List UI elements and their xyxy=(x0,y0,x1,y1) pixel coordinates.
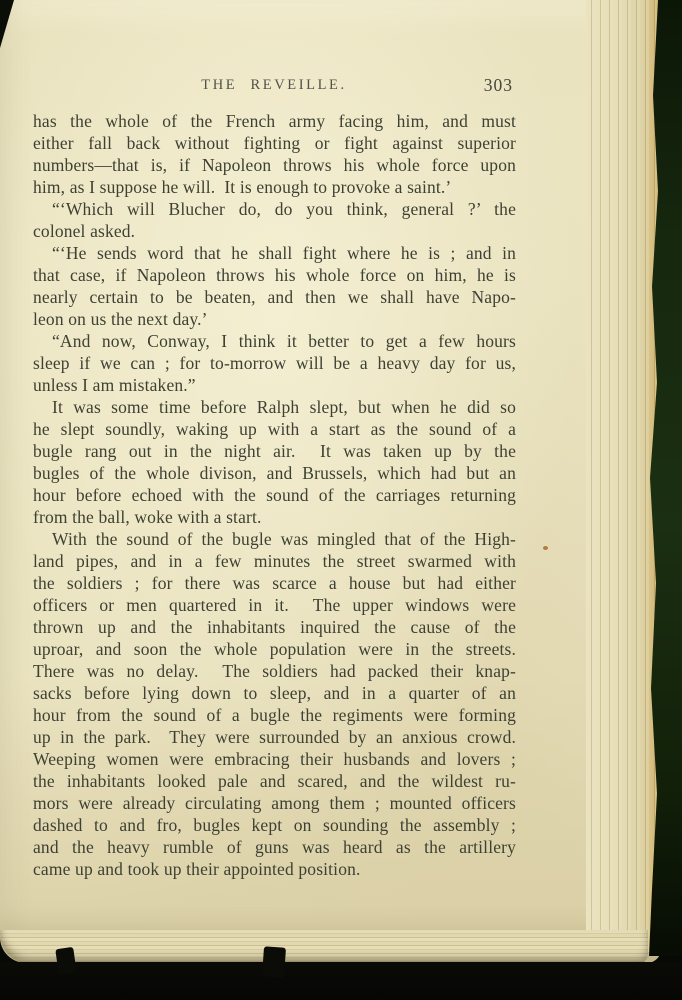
book-page: THE REVEILLE. 303 has the whole of the F… xyxy=(0,0,661,963)
text-line: colonel asked. xyxy=(33,220,516,242)
text-line: hour before echoed with the sound of the… xyxy=(33,484,516,506)
text-line: There was no delay. The soldiers had pac… xyxy=(33,660,516,682)
text-line: bugles of the whole divison, and Brussel… xyxy=(33,462,516,484)
text-line: him, as I suppose he will. It is enough … xyxy=(33,176,516,198)
text-line: the inhabitants looked pale and scared, … xyxy=(33,770,516,792)
text-line: sacks before lying down to sleep, and in… xyxy=(33,682,516,704)
text-line: either fall back without fighting or fig… xyxy=(33,132,516,154)
text-line: sleep if we can ; for to-morrow will be … xyxy=(33,352,516,374)
book-cradle-clamp-left xyxy=(55,947,76,975)
text-line: numbers—that is, if Napoleon throws his … xyxy=(33,154,516,176)
page-number: 303 xyxy=(484,75,513,96)
page-edges-bottom xyxy=(0,930,648,964)
book-scan-scene: THE REVEILLE. 303 has the whole of the F… xyxy=(0,0,682,1000)
text-line: has the whole of the French army facing … xyxy=(33,110,516,132)
text-line: thrown up and the inhabitants inquired t… xyxy=(33,616,516,638)
text-line: It was some time before Ralph slept, but… xyxy=(33,396,516,418)
text-line: bugle rang out in the night air. It was … xyxy=(33,440,516,462)
text-line: unless I am mistaken.” xyxy=(33,374,516,396)
background-bottom xyxy=(0,962,682,1000)
paper-speck xyxy=(543,546,548,550)
text-line: officers or men quartered in it. The upp… xyxy=(33,594,516,616)
running-title: THE REVEILLE. xyxy=(33,77,515,94)
text-line: from the ball, woke with a start. xyxy=(33,506,516,528)
text-line: the soldiers ; for there was scarce a ho… xyxy=(33,572,516,594)
text-line: uproar, and soon the whole population we… xyxy=(33,638,516,660)
text-line: that case, if Napoleon throws his whole … xyxy=(33,264,516,286)
text-line: With the sound of the bugle was mingled … xyxy=(33,528,516,550)
text-line: nearly certain to be beaten, and then we… xyxy=(33,286,516,308)
text-line: he slept soundly, waking up with a start… xyxy=(33,418,516,440)
text-line: “And now, Conway, I think it better to g… xyxy=(33,330,516,352)
page-edges-right-icon xyxy=(586,0,661,952)
text-line: Weeping women were embracing their husba… xyxy=(33,748,516,770)
text-line: “‘Which will Blucher do, do you think, g… xyxy=(33,198,516,220)
text-line: land pipes, and in a few minutes the str… xyxy=(33,550,516,572)
text-line: “‘He sends word that he shall fight wher… xyxy=(33,242,516,264)
book-cradle-clamp-right xyxy=(262,946,286,977)
text-line: hour from the sound of a bugle the regim… xyxy=(33,704,516,726)
text-line: and the heavy rumble of guns was heard a… xyxy=(33,836,516,858)
text-line: up in the park. They were surrounded by … xyxy=(33,726,516,748)
text-line: came up and took up their appointed posi… xyxy=(33,858,516,880)
page-text-body: has the whole of the French army facing … xyxy=(33,110,516,880)
page-header: THE REVEILLE. 303 xyxy=(33,77,515,99)
text-line: leon on us the next day.’ xyxy=(33,308,516,330)
text-line: mors were already circulating among them… xyxy=(33,792,516,814)
text-line: dashed to and fro, bugles kept on soundi… xyxy=(33,814,516,836)
